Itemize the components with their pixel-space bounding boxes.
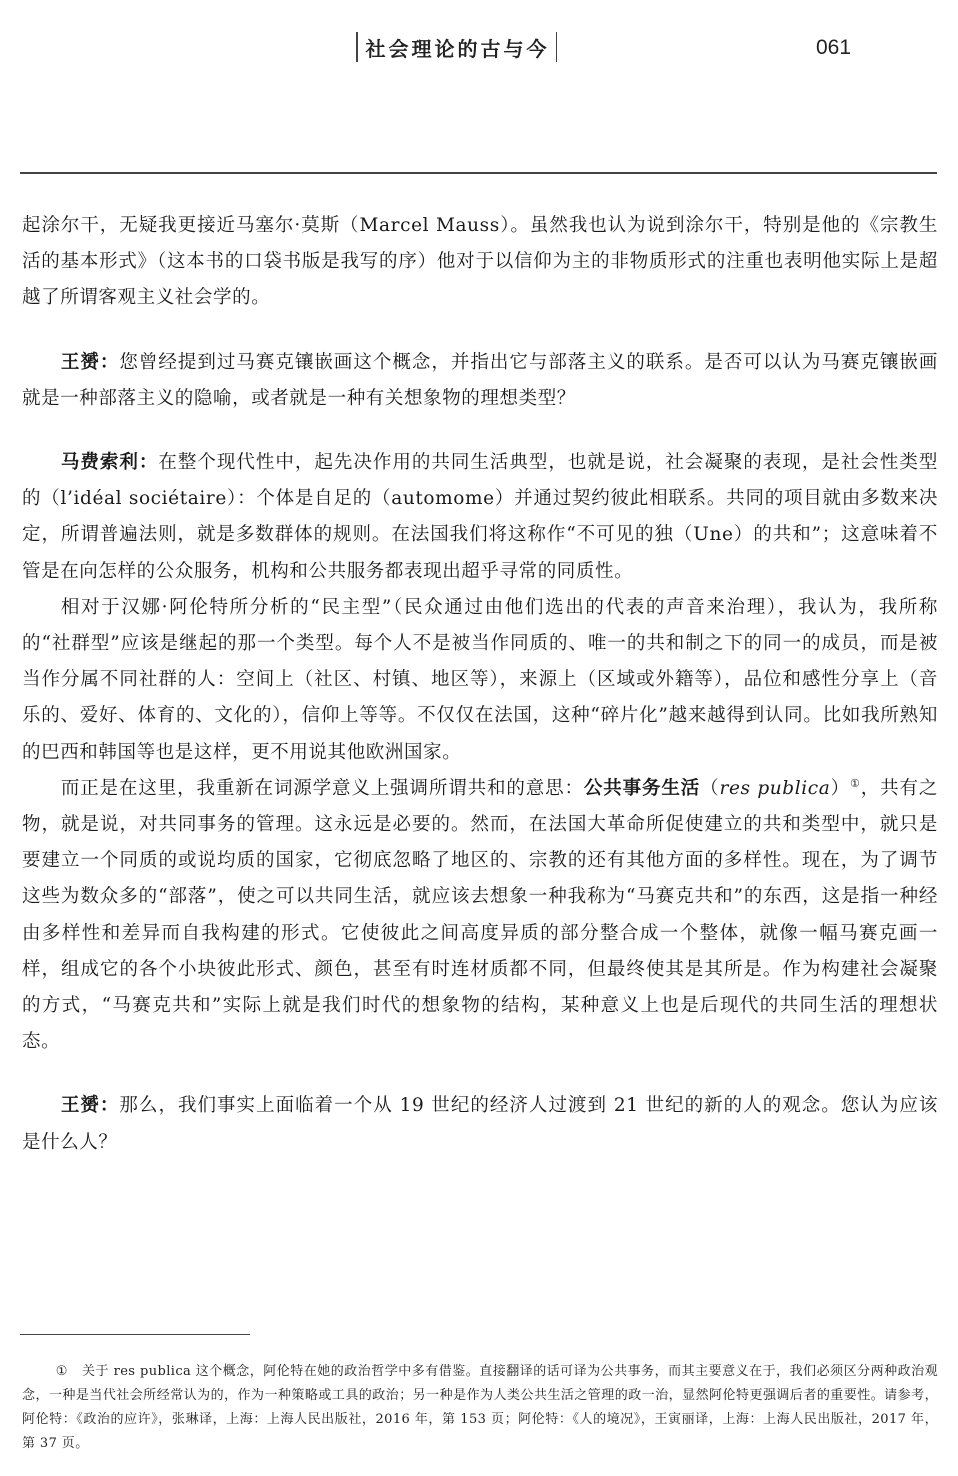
- question-text-1: 您曾经提到过马赛克镶嵌画这个概念，并指出它与部落主义的联系。是否可以认为马赛克镶…: [22, 352, 938, 409]
- running-head-right-bar: [556, 32, 558, 62]
- latin-term-res-publica: res publica: [720, 778, 831, 799]
- footnote-marker-1: ①: [56, 1364, 68, 1379]
- running-title: 社会理论的古与今: [358, 33, 556, 62]
- footnote-rule: [20, 1334, 250, 1335]
- footnotes: ①关于 res publica 这个概念，阿伦特在她的政治哲学中多有借鉴。直接翻…: [22, 1360, 938, 1456]
- question-text-2: 那么，我们事实上面临着一个从 19 世纪的经济人过渡到 21 世纪的新的人的观念…: [22, 1095, 938, 1152]
- body-text: 起涂尔干，无疑我更接近马塞尔·莫斯（Marcel Mauss）。虽然我也认为说到…: [22, 208, 938, 1161]
- footnote-text-1: 关于 res publica 这个概念，阿伦特在她的政治哲学中多有借鉴。直接翻译…: [22, 1364, 938, 1451]
- question-paragraph-2: 王赟：那么，我们事实上面临着一个从 19 世纪的经济人过渡到 21 世纪的新的人…: [22, 1088, 938, 1160]
- paragraph-continuation: 起涂尔干，无疑我更接近马塞尔·莫斯（Marcel Mauss）。虽然我也认为说到…: [22, 208, 938, 317]
- speaker-label-interviewer: 王赟：: [61, 352, 120, 373]
- paren-open: （: [700, 778, 719, 799]
- footnote-1: ①关于 res publica 这个概念，阿伦特在她的政治哲学中多有借鉴。直接翻…: [22, 1360, 938, 1456]
- header-rule: [20, 172, 937, 174]
- speaker-label-interviewer-2: 王赟：: [61, 1095, 120, 1116]
- answer-paragraph-3: 而正是在这里，我重新在词源学意义上强调所谓共和的意思：公共事务生活（res pu…: [22, 771, 938, 1061]
- answer-text-1: 在整个现代性中，起先决作用的共同生活典型，也就是说，社会凝聚的表现，是社会性类型…: [22, 452, 938, 582]
- running-head: 社会理论的古与今: [356, 30, 557, 64]
- answer-paragraph-1: 马费索利：在整个现代性中，起先决作用的共同生活典型，也就是说，社会凝聚的表现，是…: [22, 445, 938, 590]
- answer-paragraph-2: 相对于汉娜·阿伦特所分析的“民主型”（民众通过由他们选出的代表的声音来治理），我…: [22, 590, 938, 771]
- speaker-label-maffesoli: 马费索利：: [61, 452, 159, 473]
- question-paragraph-1: 王赟：您曾经提到过马赛克镶嵌画这个概念，并指出它与部落主义的联系。是否可以认为马…: [22, 345, 938, 417]
- answer-3-rest: ，共有之物，就是说，对共同事务的管理。这永远是必要的。然而，在法国大革命所促使建…: [22, 778, 938, 1052]
- paren-close: ）: [830, 778, 850, 799]
- answer-3-lead: 而正是在这里，我重新在词源学意义上强调所谓共和的意思：: [61, 778, 584, 799]
- footnote-reference-1[interactable]: ①: [850, 777, 861, 790]
- bold-term-public-affairs: 公共事务生活: [584, 778, 700, 799]
- page-number: 061: [816, 36, 851, 60]
